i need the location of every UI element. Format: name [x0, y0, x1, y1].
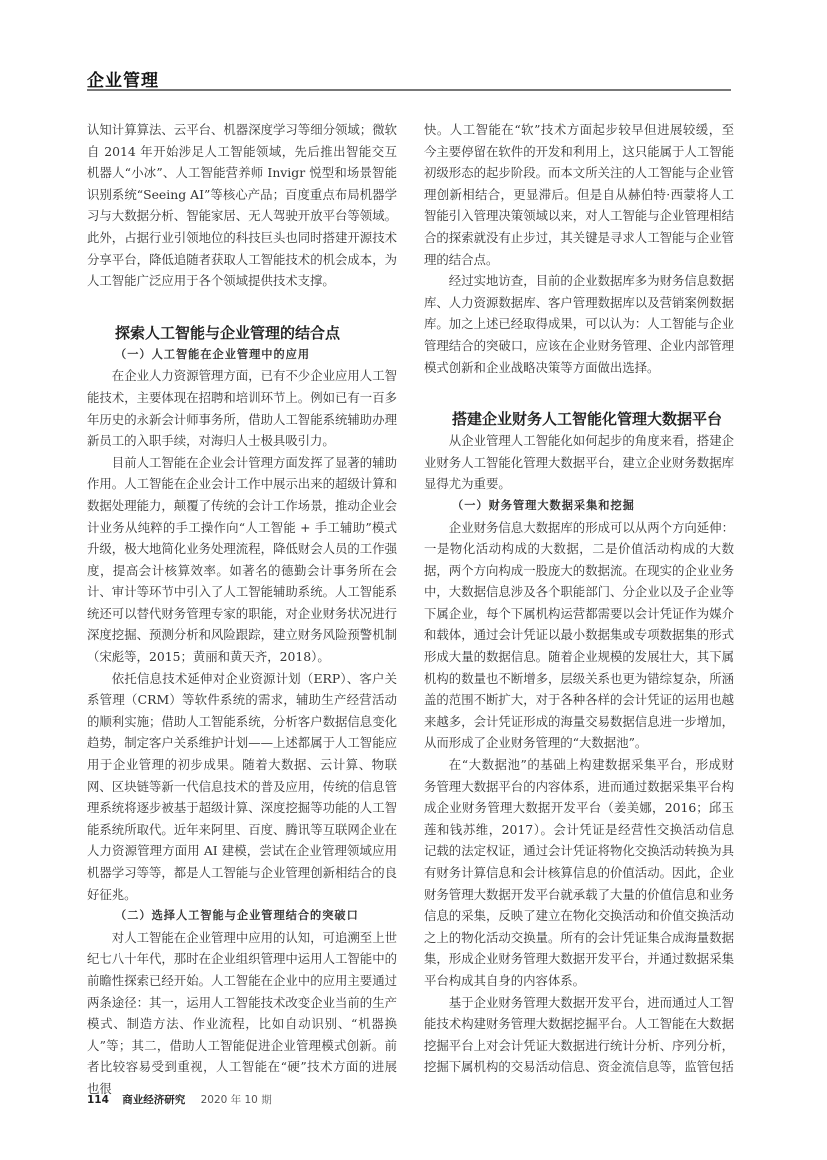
section-header-title: 企业管理 — [87, 66, 159, 91]
section-heading: 探索人工智能与企业管理的结合点 — [87, 322, 397, 344]
body-paragraph: 企业财务信息大数据库的形成可以从两个方向延伸：一是物化活动构成的大数据，二是价值… — [424, 517, 734, 755]
left-column: 认知计算算法、云平台、机器深度学习等细分领域；微软自 2014 年开始涉足人工智… — [87, 119, 397, 1100]
body-paragraph: 基于企业财务管理大数据开发平台，进而通过人工智能技术构建财务管理大数据挖掘平台。… — [424, 992, 734, 1078]
subsection-heading: （一）人工智能在企业管理中的应用 — [87, 344, 397, 366]
header-divider — [87, 89, 731, 91]
body-paragraph: 经过实地访查，目前的企业数据库多为财务信息数据库、人力资源数据库、客户管理数据库… — [424, 270, 734, 378]
body-paragraph: 快。人工智能在“软”技术方面起步较早但进展较缓，至今主要停留在软件的开发和利用上… — [424, 119, 734, 270]
body-paragraph: 目前人工智能在企业会计管理方面发挥了显著的辅助作用。人工智能在企业会计工作中展示… — [87, 452, 397, 668]
right-column: 快。人工智能在“软”技术方面起步较早但进展较缓，至今主要停留在软件的开发和利用上… — [424, 119, 734, 1078]
issue-label: 2020 年 10 期 — [201, 1094, 272, 1106]
subsection-heading: （一）财务管理大数据采集和挖掘 — [424, 495, 734, 517]
section-heading: 搭建企业财务人工智能化管理大数据平台 — [424, 408, 734, 430]
journal-name: 商业经济研究 — [122, 1094, 185, 1106]
subsection-heading: （二）选择人工智能与企业管理结合的突破口 — [87, 905, 397, 927]
spacer — [424, 378, 734, 408]
body-paragraph: 依托信息技术延伸对企业资源计划（ERP）、客户关系管理（CRM）等软件系统的需求… — [87, 668, 397, 906]
body-paragraph: 在“大数据池”的基础上构建数据采集平台，形成财务管理大数据平台的内容体系，进而通… — [424, 754, 734, 992]
body-paragraph: 在企业人力资源管理方面，已有不少企业应用人工智能技术，主要体现在招聘和培训环节上… — [87, 365, 397, 451]
body-paragraph: 从企业管理人工智能化如何起步的角度来看，搭建企业财务人工智能化管理大数据平台，建… — [424, 430, 734, 495]
intro-paragraph: 认知计算算法、云平台、机器深度学习等细分领域；微软自 2014 年开始涉足人工智… — [87, 119, 397, 292]
page-footer: 114 商业经济研究 2020 年 10 期 — [87, 1092, 272, 1107]
spacer — [87, 292, 397, 322]
page-number: 114 — [87, 1094, 109, 1106]
body-paragraph: 对人工智能在企业管理中应用的认知，可追溯至上世纪七八十年代，那时在企业组织管理中… — [87, 927, 397, 1100]
